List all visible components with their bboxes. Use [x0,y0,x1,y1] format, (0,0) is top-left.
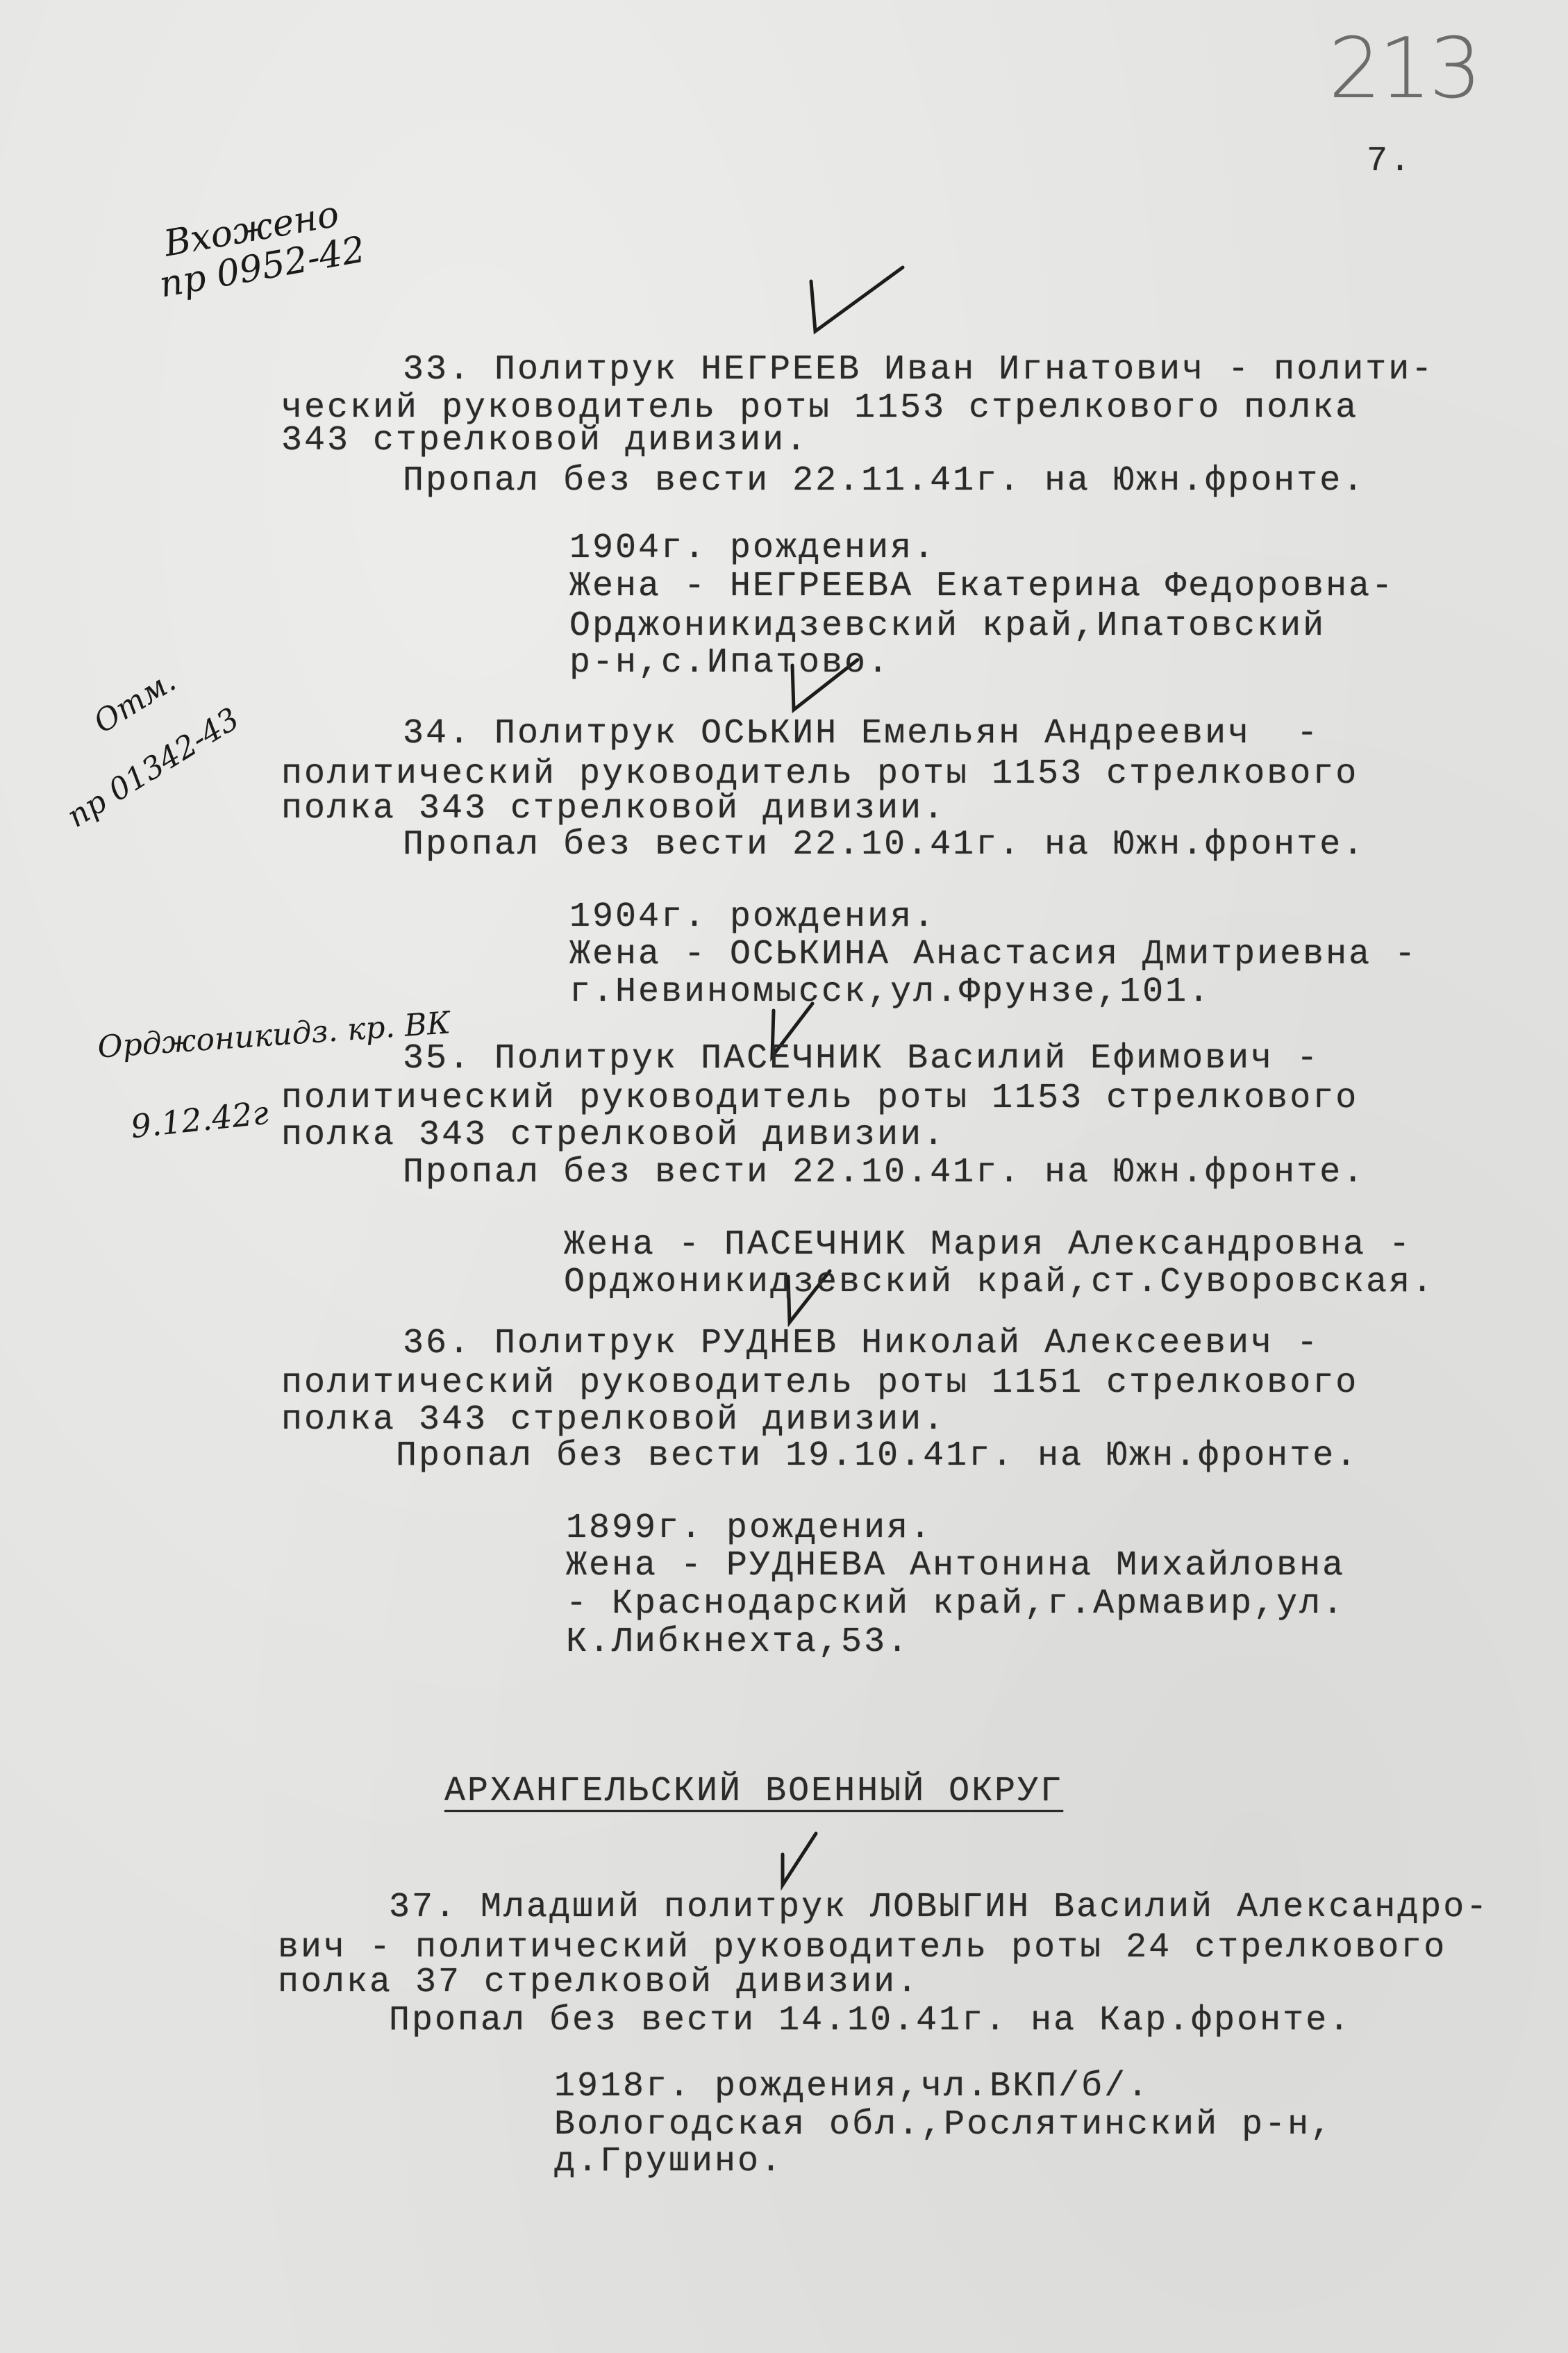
entry-35-detail-2: Орджоникидзевский край,ст.Суворовская. [564,1265,1435,1300]
section-heading: АРХАНГЕЛЬСКИЙ ВОЕННЫЙ ОКРУГ [444,1774,1063,1809]
entry-37-line-1: 37. Младший политрук ЛОВЫГИН Василий Але… [389,1890,1489,1925]
entry-35-detail-1: Жена - ПАСЕЧНИК Мария Александровна - [564,1228,1412,1263]
entry-36-line-4: Пропал без вести 19.10.41г. на Южн.фронт… [396,1439,1358,1474]
entry-36-detail-1: 1899г. рождения. [566,1511,933,1546]
annotation-entry34-2: пр 01342-43 [61,701,246,834]
entry-37-line-4: Пропал без вести 14.10.41г. на Кар.фронт… [389,2004,1351,2038]
entry-33-detail-1: 1904г. рождения. [569,531,936,566]
entry-33-detail-2: Жена - НЕГРЕЕВА Екатерина Федоровна- [569,569,1394,604]
entry-36-line-3: полка 343 стрелковой дивизии. [281,1403,946,1438]
entry-37-detail-1: 1918г. рождения,чл.ВКП/б/. [554,2070,1150,2104]
page-number: 7. [1367,144,1412,179]
entry-36-detail-3: - Краснодарский край,г.Армавир,ул. [566,1587,1345,1622]
entry-36-line-2: политический руководитель роты 1151 стре… [281,1366,1358,1401]
document-page: 213 7. Вхожено пр 0952-42 Отм. пр 01342-… [0,0,1568,2353]
annotation-entry35-1: Орджоникидз. кр. ВК [97,1005,452,1065]
folio-number: 213 [1328,21,1479,117]
entry-37-detail-2: Вологодская обл.,Рослятинский р-н, [554,2108,1333,2143]
entry-34-detail-2: Жена - ОСЬКИНА Анастасия Дмитриевна - [569,938,1417,972]
check-mark-icon [774,1834,837,1889]
entry-35-line-1: 35. Политрук ПАСЕЧНИК Василий Ефимович - [403,1042,1319,1076]
entry-37-line-3: полка 37 стрелковой дивизии. [278,1965,919,2000]
entry-35-line-3: полка 343 стрелковой дивизии. [281,1118,946,1153]
entry-34-line-1: 34. Политрук ОСЬКИН Емельян Андреевич - [403,717,1319,751]
entry-34-detail-1: 1904г. рождения. [569,900,936,935]
entry-37-line-2: вич - политический руководитель роты 24 … [278,1931,1446,1965]
entry-36-detail-4: К.Либкнехта,53. [566,1625,910,1660]
annotation-entry34-1: Отм. [87,663,182,740]
entry-36-detail-2: Жена - РУДНЕВА Антонина Михайловна [566,1549,1345,1583]
entry-37-detail-3: д.Грушино. [554,2145,783,2179]
check-mark-icon [806,267,903,337]
entry-34-line-3: полка 343 стрелковой дивизии. [281,792,946,826]
entry-33-line-1: 33. Политрук НЕГРЕЕВ Иван Игнатович - по… [403,353,1434,388]
entry-36-line-1: 36. Политрук РУДНЕВ Николай Алексеевич - [403,1327,1319,1361]
entry-33-detail-3: Орджоникидзевский край,Ипатовский [569,609,1326,644]
entry-35-line-2: политический руководитель роты 1153 стре… [281,1081,1358,1116]
entry-33-line-3: 343 стрелковой дивизии. [281,424,808,458]
annotation-entry35-2: 9.12.42г [129,1094,270,1145]
entry-34-line-2: политический руководитель роты 1153 стре… [281,757,1358,792]
entry-33-detail-4: р-н,с.Ипатово. [569,646,890,681]
entry-35-line-4: Пропал без вести 22.10.41г. на Южн.фронт… [403,1156,1365,1190]
entry-33-line-4: Пропал без вести 22.11.41г. на Южн.фронт… [403,464,1365,499]
entry-34-line-4: Пропал без вести 22.10.41г. на Южн.фронт… [403,828,1365,863]
entry-34-detail-3: г.Невиномысск,ул.Фрунзе,101. [569,975,1211,1010]
